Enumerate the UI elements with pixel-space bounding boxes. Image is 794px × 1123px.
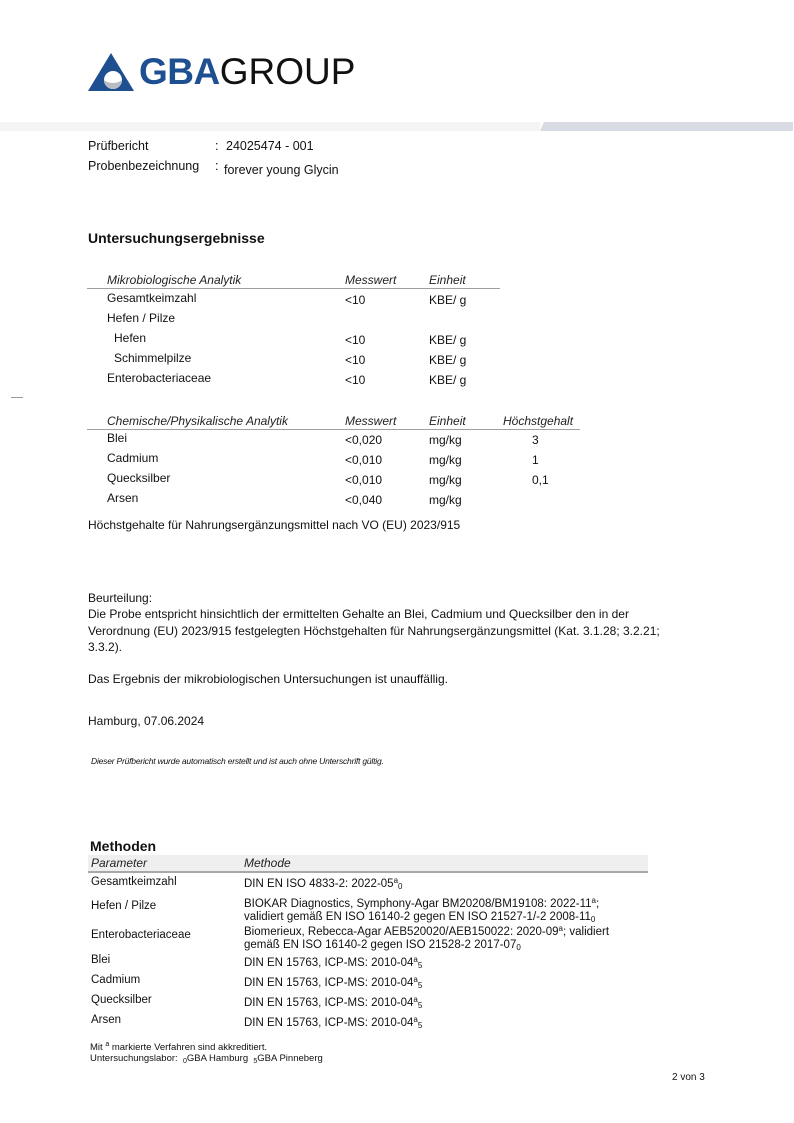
lab-index: 0 [516, 943, 520, 952]
results-title: Untersuchungsergebnisse [88, 230, 265, 246]
micro-unit: KBE/ g [429, 293, 466, 307]
method-text: DIN EN 15763, ICP-MS: 2010-04a5 [244, 973, 422, 992]
chem-value: <0,040 [345, 493, 382, 507]
pruefbericht-number: 24025474 - 001 [226, 139, 314, 153]
method-line: DIN EN 15763, ICP-MS: 2010-04 [244, 997, 413, 1009]
accredited-marker: a [105, 1041, 109, 1048]
method-text: DIN EN 15763, ICP-MS: 2010-04a5 [244, 993, 422, 1012]
logo-brand-light: GROUP [220, 52, 356, 92]
micro-param: Gesamtkeimzahl [107, 291, 196, 305]
chem-unit: mg/kg [429, 453, 462, 467]
chem-param: Cadmium [107, 451, 158, 465]
method-param: Blei [91, 954, 110, 966]
micro-param: Hefen / Pilze [107, 311, 175, 325]
lab-index: 5 [418, 1001, 422, 1010]
lab-index: 5 [418, 981, 422, 990]
micro-unit: KBE/ g [429, 373, 466, 387]
footnote-text: markierte Verfahren sind akkreditiert. [112, 1042, 267, 1053]
assessment-label: Beurteilung: [88, 591, 152, 605]
chem-header-value: Messwert [345, 414, 396, 428]
methods-header-method: Methode [244, 856, 291, 870]
micro-value: <10 [345, 353, 365, 367]
pruefbericht-separator: : [215, 139, 218, 153]
method-param: Gesamtkeimzahl [91, 876, 177, 888]
chem-unit: mg/kg [429, 433, 462, 447]
method-line: DIN EN 15763, ICP-MS: 2010-04 [244, 957, 413, 969]
chem-param: Blei [107, 431, 127, 445]
limits-note: Höchstgehalte für Nahrungsergänzungsmitt… [88, 518, 460, 532]
micro-header-rule [87, 288, 500, 289]
micro-unit: KBE/ g [429, 353, 466, 367]
pruefbericht-label: Prüfbericht [88, 139, 148, 153]
micro-param: Hefen [114, 331, 146, 345]
labs-footnote: Untersuchungslabor: 0GBA Hamburg 5GBA Pi… [90, 1053, 323, 1065]
method-line-tail: ; validiert [563, 926, 609, 938]
chem-value: <0,020 [345, 433, 382, 447]
method-param: Arsen [91, 1014, 121, 1026]
page-number: 2 von 3 [672, 1072, 705, 1083]
method-param: Cadmium [91, 974, 140, 986]
assessment-line: 3.3.2). [88, 640, 122, 654]
methods-header-param: Parameter [91, 856, 147, 870]
probe-name: forever young Glycin [224, 163, 339, 177]
method-param: Hefen / Pilze [91, 900, 156, 912]
method-param: Enterobacteriaceae [91, 929, 191, 941]
micro-header-param: Mikrobiologische Analytik [107, 273, 241, 287]
micro-unit: KBE/ g [429, 333, 466, 347]
method-text: DIN EN 15763, ICP-MS: 2010-04a5 [244, 1013, 422, 1032]
place-date: Hamburg, 07.06.2024 [88, 714, 204, 728]
footnote-text: Mit [90, 1042, 103, 1053]
chem-max: 1 [532, 453, 539, 467]
chem-header-max: Höchstgehalt [503, 414, 573, 428]
chem-unit: mg/kg [429, 473, 462, 487]
lab-index: 0 [398, 882, 402, 891]
micro-param: Schimmelpilze [114, 351, 191, 365]
chem-header-unit: Einheit [429, 414, 466, 428]
micro-value: <10 [345, 373, 365, 387]
probe-separator: : [215, 159, 218, 173]
method-line: gemäß EN ISO 16140-2 gegen ISO 21528-2 2… [244, 939, 516, 951]
method-text: Biomerieux, Rebecca-Agar AEB520020/AEB15… [244, 922, 609, 954]
micro-value: <10 [345, 293, 365, 307]
method-line: Biomerieux, Rebecca-Agar AEB520020/AEB15… [244, 926, 559, 938]
methods-title: Methoden [90, 838, 156, 854]
logo-brand-bold: GBA [139, 52, 220, 92]
method-line: DIN EN ISO 4833-2: 2022-05 [244, 878, 394, 890]
probe-label: Probenbezeichnung [88, 159, 199, 173]
company-logo: GBAGROUP [88, 52, 355, 92]
micro-param: Enterobacteriaceae [107, 371, 211, 385]
lab-index: 5 [418, 961, 422, 970]
chem-value: <0,010 [345, 473, 382, 487]
method-line: DIN EN 15763, ICP-MS: 2010-04 [244, 1017, 413, 1029]
chem-param: Arsen [107, 491, 138, 505]
method-text: DIN EN ISO 4833-2: 2022-05a0 [244, 874, 403, 893]
method-param: Quecksilber [91, 994, 152, 1006]
assessment-line: Verordnung (EU) 2023/915 festgelegten Hö… [88, 624, 660, 638]
chem-max: 0,1 [532, 473, 549, 487]
method-line-tail: ; [596, 898, 599, 910]
micro-value: <10 [345, 333, 365, 347]
micro-header-unit: Einheit [429, 273, 466, 287]
lab-name: GBA Hamburg [187, 1053, 248, 1064]
method-line: BIOKAR Diagnostics, Symphony-Agar BM2020… [244, 898, 592, 910]
auto-generated-note: Dieser Prüfbericht wurde automatisch ers… [91, 756, 384, 766]
lab-name: GBA Pinneberg [257, 1053, 323, 1064]
method-text: DIN EN 15763, ICP-MS: 2010-04a5 [244, 953, 422, 972]
micro-header-value: Messwert [345, 273, 396, 287]
chem-header-rule [87, 429, 580, 430]
chem-max: 3 [532, 433, 539, 447]
chem-param: Quecksilber [107, 471, 170, 485]
assessment-line: Die Probe entspricht hinsichtlich der er… [88, 607, 629, 621]
gba-triangle-logo-icon [88, 53, 134, 91]
fold-mark [11, 397, 23, 398]
chem-value: <0,010 [345, 453, 382, 467]
micro-result-statement: Das Ergebnis der mikrobiologischen Unter… [88, 672, 448, 686]
chem-unit: mg/kg [429, 493, 462, 507]
method-line: DIN EN 15763, ICP-MS: 2010-04 [244, 977, 413, 989]
accreditation-footnote: Mit a markierte Verfahren sind akkrediti… [90, 1041, 267, 1053]
header-band-right [540, 122, 793, 131]
labs-label: Untersuchungslabor: [90, 1053, 178, 1064]
methods-header-background [88, 855, 648, 871]
methods-header-rule [88, 871, 648, 873]
chem-header-param: Chemische/Physikalische Analytik [107, 414, 288, 428]
header-band-left [0, 122, 540, 131]
lab-index: 5 [418, 1021, 422, 1030]
